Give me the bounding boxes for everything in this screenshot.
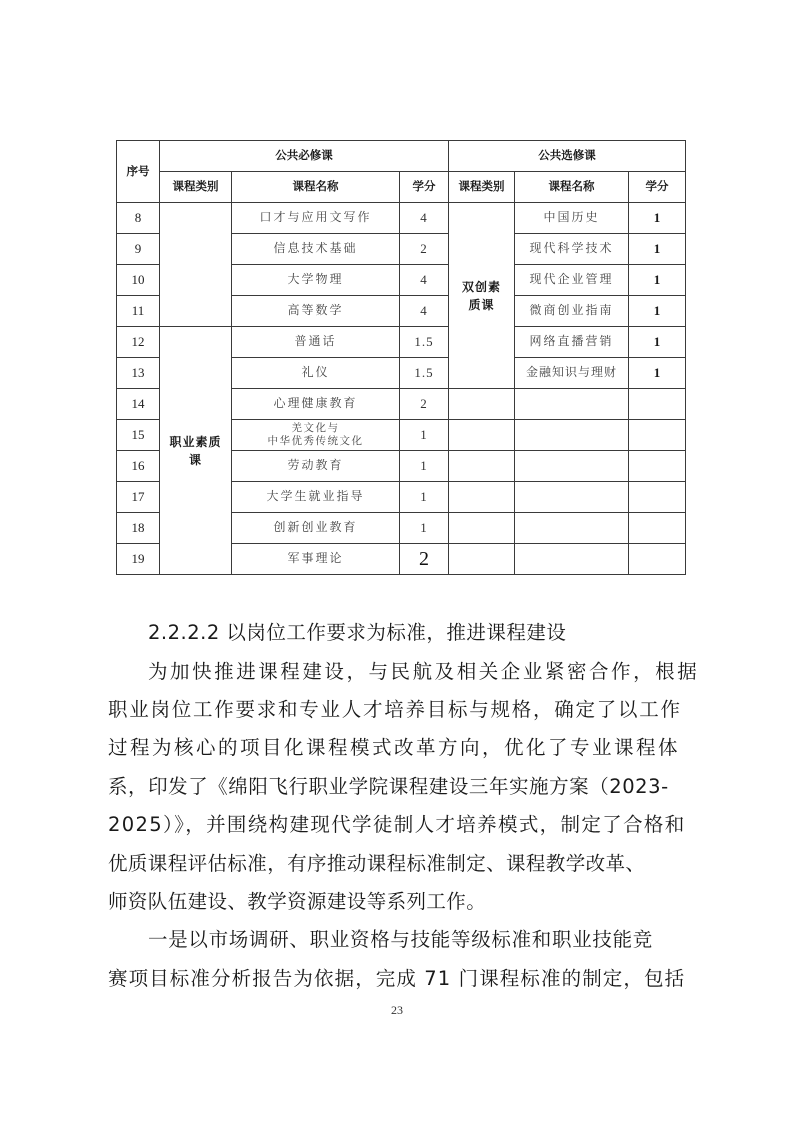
elective-category-cell: 双创素质课	[449, 203, 515, 389]
header-required-group: 公共必修课	[160, 141, 449, 172]
elective-credit: 1	[629, 265, 686, 296]
body-line: 过程为核心的项目化课程模式改革方向，优化了专业课程体	[108, 732, 680, 760]
body-line: 系，印发了《绵阳飞行职业学院课程建设三年实施方案（2023-	[108, 771, 669, 799]
header-elective-name: 课程名称	[515, 172, 629, 203]
empty-elective-credit	[629, 482, 686, 513]
required-course-name: 创新创业教育	[232, 513, 400, 544]
required-course-name: 大学物理	[232, 265, 400, 296]
body-line: 职业岗位工作要求和专业人才培养目标与规格，确定了以工作	[108, 694, 682, 722]
course-table: 序号 公共必修课 公共选修课 课程类别 课程名称 学分 课程类别 课程名称 学分…	[116, 140, 686, 575]
header-required-credit: 学分	[400, 172, 449, 203]
empty-elective-name	[515, 420, 629, 451]
seq-cell: 16	[117, 451, 160, 482]
required-course-name: 普通话	[232, 327, 400, 358]
header-elective-credit: 学分	[629, 172, 686, 203]
required-course-name: 军事理论	[232, 544, 400, 575]
seq-cell: 13	[117, 358, 160, 389]
required-course-name: 劳动教育	[232, 451, 400, 482]
required-course-name: 高等数学	[232, 296, 400, 327]
section-heading: 2.2.2.2 以岗位工作要求为标准，推进课程建设	[148, 617, 566, 645]
course-name-line-1: 羌文化与	[232, 422, 399, 435]
empty-elective-credit	[629, 513, 686, 544]
body-line: 优质课程评估标准，有序推动课程标准制定、课程教学改革、	[108, 848, 645, 876]
required-credit: 2	[400, 544, 449, 575]
empty-elective-category	[449, 513, 515, 544]
header-elective-group: 公共选修课	[449, 141, 686, 172]
required-credit: 2	[400, 389, 449, 420]
required-course-name: 羌文化与 中华优秀传统文化	[232, 420, 400, 451]
empty-elective-credit	[629, 420, 686, 451]
header-required-category: 课程类别	[160, 172, 232, 203]
body-line: 2025）》，并围绕构建现代学徒制人才培养模式，制定了合格和	[108, 809, 686, 837]
elective-credit: 1	[629, 327, 686, 358]
seq-cell: 14	[117, 389, 160, 420]
seq-cell: 12	[117, 327, 160, 358]
elective-credit: 1	[629, 296, 686, 327]
required-course-name: 信息技术基础	[232, 234, 400, 265]
required-credit: 4	[400, 203, 449, 234]
empty-elective-category	[449, 544, 515, 575]
required-credit: 1	[400, 482, 449, 513]
seq-cell: 17	[117, 482, 160, 513]
required-credit: 1	[400, 420, 449, 451]
required-course-name: 礼仪	[232, 358, 400, 389]
required-credit: 1	[400, 451, 449, 482]
header-row-groups: 序号 公共必修课 公共选修课	[117, 141, 686, 172]
elective-course-name: 中国历史	[515, 203, 629, 234]
elective-credit: 1	[629, 358, 686, 389]
empty-elective-name	[515, 544, 629, 575]
required-credit: 2	[400, 234, 449, 265]
empty-elective-name	[515, 513, 629, 544]
body-line: 一是以市场调研、职业资格与技能等级标准和职业技能竞	[148, 924, 653, 952]
elective-credit: 1	[629, 203, 686, 234]
elective-course-name: 现代企业管理	[515, 265, 629, 296]
empty-elective-credit	[629, 389, 686, 420]
required-credit: 4	[400, 265, 449, 296]
required-course-name: 口才与应用文写作	[232, 203, 400, 234]
empty-elective-name	[515, 451, 629, 482]
body-line: 师资队伍建设、教学资源建设等系列工作。	[108, 886, 486, 914]
required-credit: 1.5	[400, 327, 449, 358]
table-row: 8 口才与应用文写作 4 双创素质课 中国历史 1	[117, 203, 686, 234]
empty-elective-category	[449, 420, 515, 451]
required-credit: 1	[400, 513, 449, 544]
required-credit: 4	[400, 296, 449, 327]
header-seq: 序号	[117, 141, 160, 203]
seq-cell: 11	[117, 296, 160, 327]
seq-cell: 8	[117, 203, 160, 234]
empty-elective-name	[515, 389, 629, 420]
empty-elective-category	[449, 451, 515, 482]
elective-course-name: 微商创业指南	[515, 296, 629, 327]
header-elective-category: 课程类别	[449, 172, 515, 203]
elective-category-label: 双创素质课	[462, 278, 502, 314]
empty-elective-category	[449, 389, 515, 420]
elective-course-name: 现代科学技术	[515, 234, 629, 265]
required-category-label: 职业素质课	[166, 433, 226, 469]
table-row: 12 职业素质课 普通话 1.5 网络直播营销 1	[117, 327, 686, 358]
empty-elective-credit	[629, 544, 686, 575]
required-category-cell	[160, 203, 232, 327]
empty-elective-credit	[629, 451, 686, 482]
body-line: 赛项目标准分析报告为依据，完成 71 门课程标准的制定，包括	[108, 963, 685, 991]
page-number: 23	[0, 1003, 794, 1018]
header-required-name: 课程名称	[232, 172, 400, 203]
required-credit: 1.5	[400, 358, 449, 389]
empty-elective-name	[515, 482, 629, 513]
course-name-line-2: 中华优秀传统文化	[232, 435, 399, 448]
seq-cell: 15	[117, 420, 160, 451]
body-line: 为加快推进课程建设，与民航及相关企业紧密合作，根据	[148, 656, 699, 684]
seq-cell: 18	[117, 513, 160, 544]
elective-course-name: 网络直播营销	[515, 327, 629, 358]
elective-course-name: 金融知识与理财	[515, 358, 629, 389]
required-course-name: 心理健康教育	[232, 389, 400, 420]
seq-cell: 19	[117, 544, 160, 575]
required-course-name: 大学生就业指导	[232, 482, 400, 513]
seq-cell: 10	[117, 265, 160, 296]
empty-elective-category	[449, 482, 515, 513]
seq-cell: 9	[117, 234, 160, 265]
required-category-cell: 职业素质课	[160, 327, 232, 575]
elective-credit: 1	[629, 234, 686, 265]
header-row-columns: 课程类别 课程名称 学分 课程类别 课程名称 学分	[117, 172, 686, 203]
